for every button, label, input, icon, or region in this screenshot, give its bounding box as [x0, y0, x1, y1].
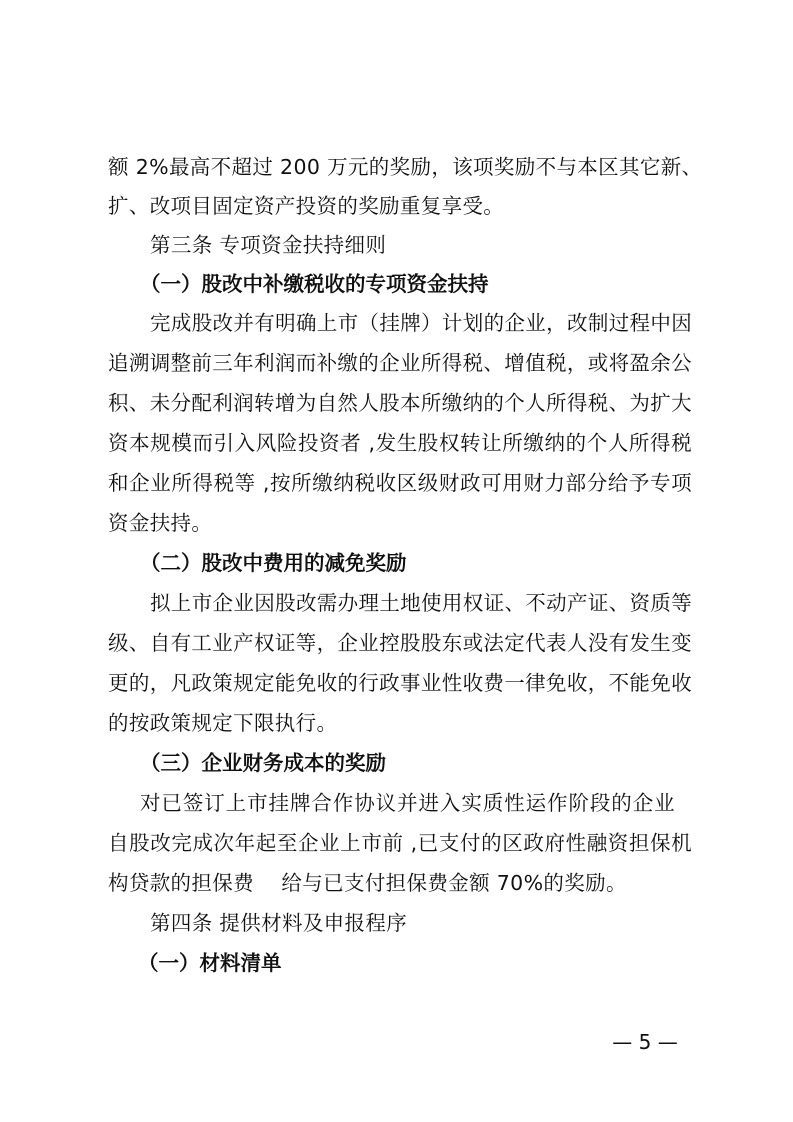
body-line: 资本规模而引入风险投资者 ,发生股权转让所缴纳的个人所得税: [108, 428, 692, 458]
body-line: 追溯调整前三年利润而补缴的企业所得税、增值税，或将盈余公: [108, 348, 692, 378]
section-heading-1: （一）股改中补缴税收的专项资金扶持: [140, 269, 724, 299]
body-line: 和企业所得税等 ,按所缴纳税收区级财政可用财力部分给予专项: [108, 468, 692, 498]
document-page: 额 2%最高不超过 200 万元的奖励，该项奖励不与本区其它新、 扩、改项目固定…: [0, 0, 793, 1122]
body-line: 自股改完成次年起至企业上市前 ,已支付的区政府性融资担保机: [108, 828, 692, 858]
section-heading-materials: （一）材料清单: [138, 948, 722, 978]
body-line: 构贷款的担保费 给与已支付担保费金额 70%的奖励。: [108, 868, 692, 898]
section-heading-3: （三）企业财务成本的奖励: [140, 748, 724, 778]
body-line: 拟上市企业因股改需办理土地使用权证、不动产证、资质等: [150, 588, 692, 618]
body-line: 积、未分配利润转增为自然人股本所缴纳的个人所得税、为扩大: [108, 388, 692, 418]
body-line: 资金扶持。: [108, 508, 692, 538]
body-line: 对已签订上市挂牌合作协议并进入实质性运作阶段的企业: [140, 788, 675, 818]
article-heading-4: 第四条 提供材料及申报程序: [150, 908, 692, 938]
page-number: — 5 —: [605, 1028, 685, 1056]
section-heading-2: （二）股改中费用的减免奖励: [140, 548, 724, 578]
body-line: 扩、改项目固定资产投资的奖励重复享受。: [108, 191, 692, 221]
article-heading-3: 第三条 专项资金扶持细则: [150, 230, 692, 260]
body-line: 完成股改并有明确上市（挂牌）计划的企业，改制过程中因: [150, 308, 692, 338]
body-line: 额 2%最高不超过 200 万元的奖励，该项奖励不与本区其它新、: [108, 152, 692, 182]
body-line: 级、自有工业产权证等，企业控股股东或法定代表人没有发生变: [108, 628, 692, 658]
body-line: 的按政策规定下限执行。: [108, 708, 692, 738]
body-line: 更的，凡政策规定能免收的行政事业性收费一律免收，不能免收: [108, 668, 692, 698]
